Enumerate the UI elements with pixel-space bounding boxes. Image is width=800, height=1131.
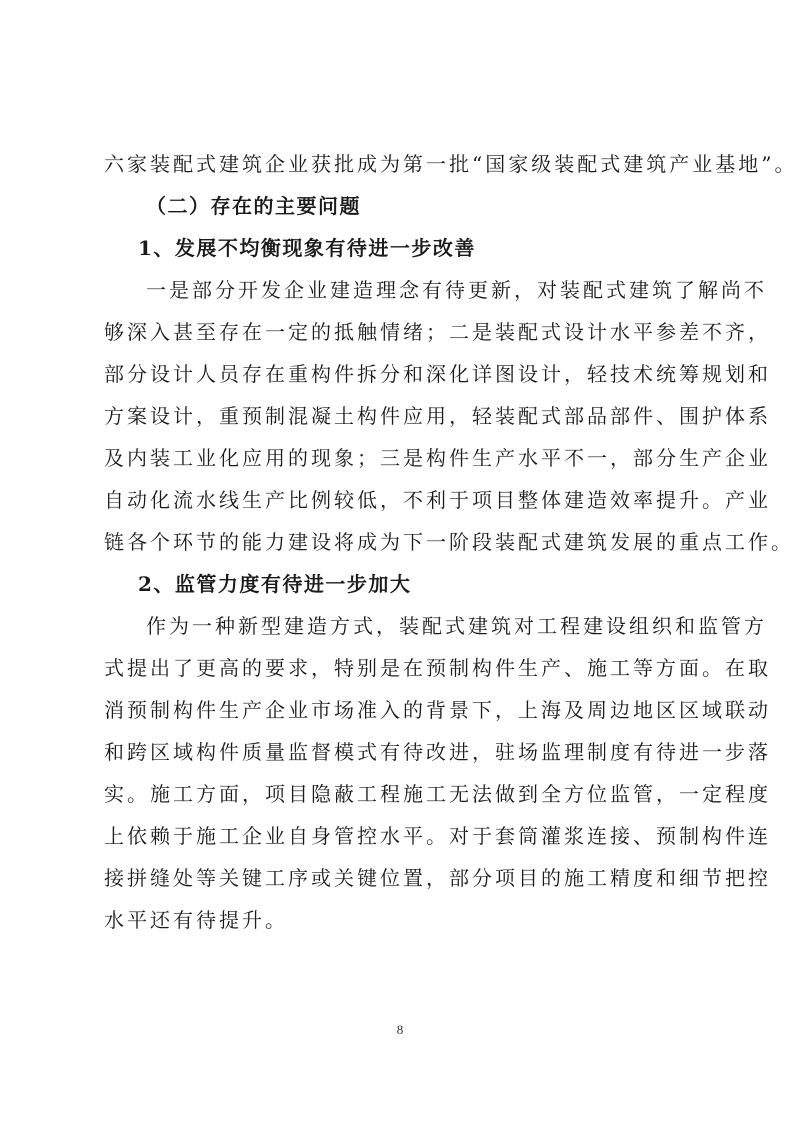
paragraph-line: 部分设计人员存在重构件拆分和深化详图设计，轻技术统筹规划和 [104,360,724,388]
paragraph-line: 链各个环节的能力建设将成为下一阶段装配式建筑发展的重点工作。 [104,528,724,556]
paragraph-line: 一是部分开发企业建造理念有待更新，对装配式建筑了解尚不 [146,276,766,304]
paragraph-line: 接拼缝处等关键工序或关键位置，部分项目的施工精度和细节把控 [104,864,724,892]
paragraph-line: 作为一种新型建造方式，装配式建筑对工程建设组织和监管方 [146,612,766,640]
paragraph-line: 六家装配式建筑企业获批成为第一批“国家级装配式建筑产业基地”。 [104,150,724,178]
document-page: 六家装配式建筑企业获批成为第一批“国家级装配式建筑产业基地”。 （二）存在的主要… [0,0,800,1131]
paragraph-line: 水平还有待提升。 [104,906,724,934]
page-number: 8 [0,1022,800,1038]
section-heading: （二）存在的主要问题 [146,192,766,220]
paragraph-line: 自动化流水线生产比例较低，不利于项目整体建造效率提升。产业 [104,486,724,514]
paragraph-line: 上依赖于施工企业自身管控水平。对于套筒灌浆连接、预制构件连 [104,822,724,850]
paragraph-line: 方案设计，重预制混凝土构件应用，轻装配式部品部件、围护体系 [104,402,724,430]
subsection-heading: 1、发展不均衡现象有待进一步改善 [138,234,758,262]
paragraph-line: 够深入甚至存在一定的抵触情绪；二是装配式设计水平参差不齐， [104,318,724,346]
paragraph-line: 及内装工业化应用的现象；三是构件生产水平不一，部分生产企业 [104,444,724,472]
subsection-heading: 2、监管力度有待进一步加大 [138,570,758,598]
paragraph-line: 和跨区域构件质量监督模式有待改进，驻场监理制度有待进一步落 [104,738,724,766]
paragraph-line: 式提出了更高的要求，特别是在预制构件生产、施工等方面。在取 [104,654,724,682]
paragraph-line: 实。施工方面，项目隐蔽工程施工无法做到全方位监管，一定程度 [104,780,724,808]
paragraph-line: 消预制构件生产企业市场准入的背景下，上海及周边地区区域联动 [104,696,724,724]
